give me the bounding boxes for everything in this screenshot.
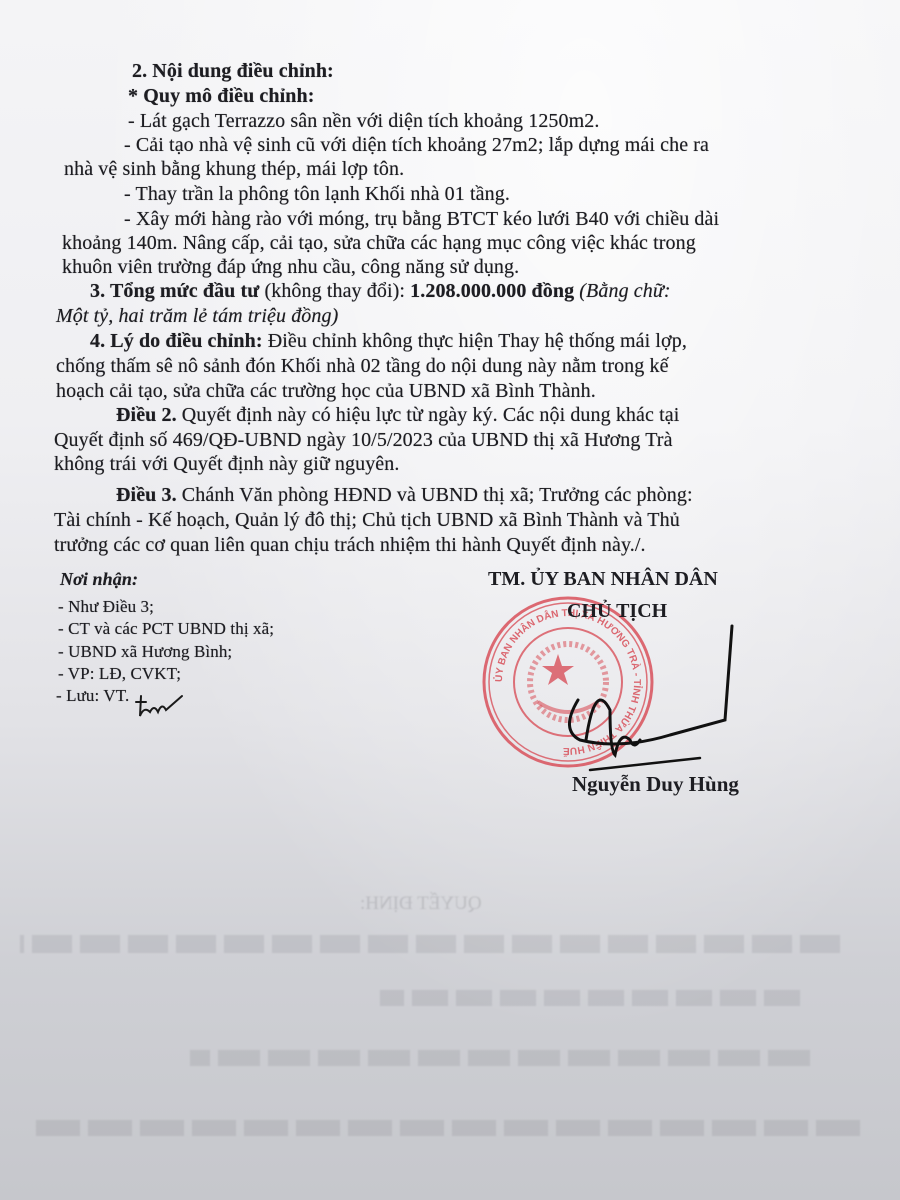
recipient-item: - VP: LĐ, CVKT; [58,664,181,684]
section2-item: nhà vệ sinh bằng khung thép, mái lợp tôn… [64,158,404,181]
signer-name: Nguyễn Duy Hùng [572,772,739,797]
bleed-through-heading: QUYẾT ĐỊNH: [360,893,482,915]
section4-label: 4. Lý do điều chỉnh: [90,330,263,352]
section2-subheading: * Quy mô điều chỉnh: [128,85,314,108]
article2-label: Điều 2. [116,404,177,426]
section3-words-prefix: (Bằng chữ: [574,280,670,302]
section3-amount: 1.208.000.000 đồng [410,280,574,302]
section3-total-investment: 3. Tổng mức đầu tư (không thay đổi): 1.2… [90,280,671,303]
recipients-title: Nơi nhận: [60,569,138,590]
article3-line: trưởng các cơ quan liên quan chịu trách … [54,534,646,557]
section2-item: khuôn viên trường đáp ứng nhu cầu, công … [62,256,519,279]
signature-org: TM. ỦY BAN NHÂN DÂN [488,568,718,591]
section4-line: chống thấm sê nô sảnh đón Khối nhà 02 tầ… [56,355,669,378]
section3-label: 3. Tổng mức đầu tư [90,280,259,302]
article3-label: Điều 3. [116,484,177,506]
section4-line: hoạch cải tạo, sửa chữa các trường học c… [56,380,596,403]
section4-reason: 4. Lý do điều chỉnh: Điều chỉnh không th… [90,330,687,353]
recipient-item: - Như Điều 3; [58,597,154,617]
article2-line: Quyết định số 469/QĐ-UBND ngày 10/5/2023… [54,429,673,452]
article2-line: không trái với Quyết định này giữ nguyên… [54,453,399,476]
section3-amount-words: Một tỷ, hai trăm lẻ tám triệu đồng) [56,305,338,328]
section2-item: - Cải tạo nhà vệ sinh cũ với diện tích k… [124,134,709,157]
article2: Điều 2. Quyết định này có hiệu lực từ ng… [116,404,679,427]
handwritten-signature-icon [520,590,760,790]
article3-line: Tài chính - Kế hoạch, Quản lý đô thị; Ch… [54,509,680,532]
bleed-through-line [380,990,800,1006]
article3-text: Chánh Văn phòng HĐND và UBND thị xã; Trư… [177,484,693,506]
bleed-through-line [190,1050,810,1066]
section2-item: khoảng 140m. Nâng cấp, cải tạo, sửa chữa… [62,232,696,255]
recipient-item: - CT và các PCT UBND thị xã; [58,619,274,639]
recipient-item: - Lưu: VT. [56,686,129,706]
section2-heading: 2. Nội dung điều chỉnh: [132,60,334,83]
section3-note: (không thay đổi): [259,280,410,302]
initials-signature-icon [130,690,190,724]
article3: Điều 3. Chánh Văn phòng HĐND và UBND thị… [116,484,693,507]
recipient-item: - UBND xã Hương Bình; [58,642,232,662]
section2-item: - Xây mới hàng rào với móng, trụ bằng BT… [124,208,719,231]
section4-text: Điều chỉnh không thực hiện Thay hệ thống… [263,330,687,352]
section2-item: - Thay trần la phông tôn lạnh Khối nhà 0… [124,183,510,206]
bleed-through-line [30,1120,860,1136]
section2-item: - Lát gạch Terrazzo sân nền với diện tíc… [128,110,599,133]
bleed-through-line [20,935,840,953]
article2-text: Quyết định này có hiệu lực từ ngày ký. C… [177,404,680,426]
